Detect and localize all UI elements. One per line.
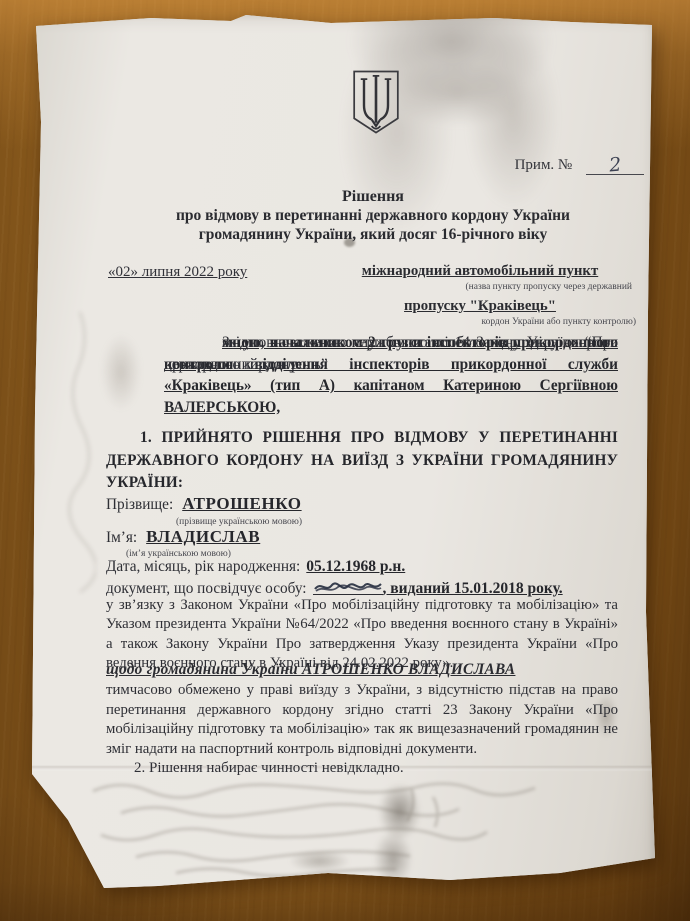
- effective-immediately-clause: 2. Рішення набирає чинності невідкладно.: [134, 760, 404, 777]
- intro-text-tail: як уповноваженою службовою особою підроз…: [164, 332, 618, 375]
- checkpoint-block: міжнародний автомобільний пункт (назва п…: [324, 262, 636, 329]
- paper-wrinkle: [86, 312, 156, 432]
- surname-value: АТРОШЕНКО: [182, 494, 301, 513]
- checkpoint-note-1: (назва пункту пропуску через державний: [324, 281, 636, 294]
- birthdate-field: Дата, місяць, рік народження:05.12.1968 …: [106, 558, 405, 576]
- handwritten-copy-number: 2: [608, 154, 622, 177]
- checkpoint-name-line-1: міжнародний автомобільний пункт: [324, 262, 636, 281]
- surname-note: (прізвище українською мовою): [176, 517, 302, 527]
- name-label: Ім’я:: [106, 529, 137, 546]
- surname-label: Прізвище:: [106, 496, 173, 513]
- copy-number-underline: 2: [586, 152, 644, 175]
- copy-label: Прим. №: [515, 157, 573, 173]
- ukraine-trident-emblem: [352, 70, 400, 134]
- copy-number-line: Прим. № 2: [424, 152, 644, 175]
- title-line-3: громадянину України, який досяг 16-річно…: [66, 225, 680, 244]
- document-photo: Прим. № 2 Рішення про відмову в перетина…: [26, 12, 658, 892]
- id-document-issued-text: , виданий 15.01.2018 року.: [383, 580, 563, 597]
- document-title: Рішення про відмову в перетинанні держав…: [66, 187, 680, 244]
- title-line-2: про відмову в перетинанні державного кор…: [66, 206, 680, 225]
- name-field: Ім’я:ВЛАДИСЛАВ: [106, 527, 260, 547]
- citizen-reference-line: щодо громадянина України АТРОШЕНКО ВЛАДИ…: [106, 661, 515, 679]
- birthdate-label: Дата, місяць, рік народження:: [106, 558, 300, 575]
- restriction-paragraph: тимчасово обмежено у праві виїзду з Укра…: [106, 681, 618, 759]
- birthdate-value: 05.12.1968 р.н.: [306, 558, 405, 575]
- document-page: Прим. № 2 Рішення про відмову в перетина…: [26, 12, 658, 892]
- id-document-label: документ, що посвідчує особу:: [106, 580, 307, 597]
- decision-date: «02» липня 2022 року: [108, 264, 247, 281]
- checkpoint-name-line-2: пропуску "Краківець": [324, 297, 636, 316]
- name-value: ВЛАДИСЛАВ: [146, 527, 260, 546]
- decision-paragraph: 1. ПРИЙНЯТО РІШЕННЯ ПРО ВІДМОВУ У ПЕРЕТИ…: [106, 427, 618, 495]
- redaction-scribble: [313, 579, 383, 595]
- checkpoint-note-2: кордон України або пункту контролю): [324, 316, 636, 329]
- bleed-through-marks: [81, 777, 611, 882]
- wooden-table-surface: Прим. № 2 Рішення про відмову в перетина…: [0, 0, 690, 921]
- title-line-1: Рішення: [66, 187, 680, 206]
- surname-field: Прізвище:АТРОШЕНКО: [106, 494, 302, 514]
- bleed-through-marks-left: [66, 302, 96, 602]
